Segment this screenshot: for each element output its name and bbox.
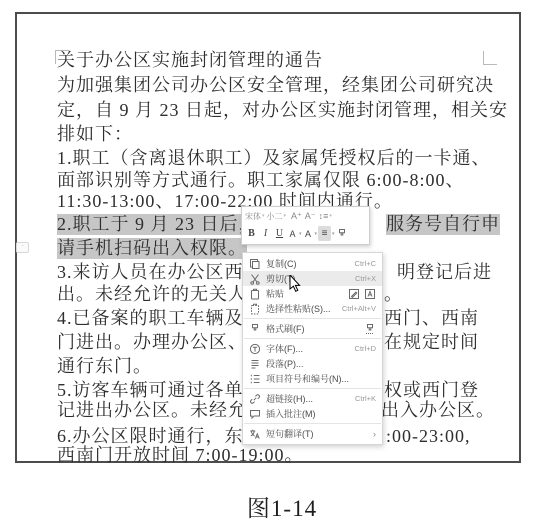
cut-icon bbox=[249, 273, 262, 285]
menu-item-label: 项目符号和编号(N)... bbox=[266, 372, 376, 385]
context-menu: 复制(C)Ctrl+C剪切(T)Ctrl+X粘贴选择性粘贴(S)...Ctrl+… bbox=[242, 252, 383, 445]
menu-item-font[interactable]: 字体(F)...Ctrl+D bbox=[243, 341, 382, 356]
doc-text[interactable]: 定，自 9 月 23 日起，对办公区实施封闭管理，相关安 bbox=[57, 100, 508, 121]
format-painter-icon bbox=[249, 323, 262, 335]
menu-item-shortcut: Ctrl+X bbox=[355, 274, 376, 283]
chevron-down-icon[interactable]: ▾ bbox=[329, 213, 332, 219]
doc-text[interactable]: 3.来访人员在办公区西 bbox=[57, 262, 244, 283]
grow-font-icon[interactable]: A⁺ bbox=[291, 209, 302, 223]
doc-line[interactable]: 关于办公区实施封闭管理的通告 bbox=[0, 50, 536, 71]
chevron-down-icon[interactable]: ▾ bbox=[284, 213, 287, 219]
menu-item-label: 选择性粘贴(S)... bbox=[266, 302, 338, 315]
shrink-font-icon[interactable]: A⁻ bbox=[305, 209, 316, 223]
font-color-button[interactable]: A bbox=[303, 226, 314, 241]
menu-item-label: 复制(C) bbox=[266, 257, 351, 270]
doc-text[interactable]: 西南门开放时间 7:00-19:00。 bbox=[57, 445, 304, 466]
menu-separator bbox=[244, 338, 381, 339]
line-spacing-icon[interactable]: ↕≡ bbox=[319, 209, 329, 223]
doc-text[interactable]: 出。未经允许的无关人 bbox=[57, 284, 247, 305]
doc-line[interactable]: 为加强集团公司办公区安全管理，经集团公司研究决 bbox=[0, 75, 536, 96]
menu-item-label: 字体(F)... bbox=[266, 342, 351, 355]
menu-item-phrase-translate[interactable]: 短句翻译(T)› bbox=[243, 426, 382, 441]
menu-item-cut[interactable]: 剪切(T)Ctrl+X bbox=[243, 271, 382, 286]
chevron-down-icon[interactable]: ▾ bbox=[299, 231, 302, 237]
menu-item-label: 剪切(T) bbox=[266, 272, 351, 285]
doc-text[interactable]: 面部识别等方式通行。职工家属仅限 6:00-8:00、 bbox=[57, 170, 465, 191]
alignment-button[interactable]: ≡ bbox=[318, 226, 331, 241]
font-name-field[interactable]: 宋体 bbox=[245, 211, 261, 222]
menu-item-label: 格式刷(F) bbox=[266, 322, 364, 335]
highlight-color-button[interactable]: A bbox=[287, 226, 298, 241]
format-painter-button[interactable] bbox=[336, 226, 349, 241]
doc-text[interactable]: 。 bbox=[384, 284, 403, 305]
chevron-down-icon[interactable]: ▾ bbox=[315, 231, 318, 237]
menu-item-insert-comment[interactable]: 插入批注(M) bbox=[243, 406, 382, 421]
menu-item-label: 粘贴 bbox=[266, 287, 348, 300]
doc-text[interactable]: 为加强集团公司办公区安全管理，经集团公司研究决 bbox=[57, 75, 494, 96]
doc-text[interactable]: 排如下： bbox=[57, 124, 133, 145]
doc-text[interactable]: :00-23:00, bbox=[386, 426, 471, 447]
doc-text[interactable]: 4.已备案的职工车辆及 bbox=[57, 308, 244, 329]
comment-icon bbox=[249, 408, 262, 420]
figure-screenshot: 关于办公区实施封闭管理的通告为加强集团公司办公区安全管理，经集团公司研究决定，自… bbox=[0, 0, 536, 526]
bold-button[interactable]: B bbox=[245, 226, 258, 241]
mouse-cursor-icon bbox=[289, 275, 301, 298]
chevron-down-icon[interactable]: ▾ bbox=[332, 231, 335, 237]
doc-line[interactable]: 定，自 9 月 23 日起，对办公区实施封闭管理，相关安 bbox=[0, 100, 536, 121]
menu-item-paste[interactable]: 粘贴 bbox=[243, 286, 382, 301]
paste-text-only-icon[interactable] bbox=[364, 288, 376, 300]
menu-item-format-painter[interactable]: 格式刷(F) bbox=[243, 321, 382, 336]
menu-item-label: 插入批注(M) bbox=[266, 407, 376, 420]
font-size-field[interactable]: 小二 bbox=[267, 211, 283, 222]
doc-text[interactable]: 请手机扫码出入权限。 bbox=[57, 238, 247, 259]
doc-text[interactable]: 出入办公区。 bbox=[381, 400, 495, 421]
doc-line[interactable]: 西南门开放时间 7:00-19:00。 bbox=[0, 445, 536, 466]
doc-line[interactable]: 排如下： bbox=[0, 124, 536, 145]
menu-item-label: 超链接(H)... bbox=[266, 392, 351, 405]
paste-icon bbox=[249, 288, 262, 300]
menu-item-paragraph[interactable]: 段落(P)... bbox=[243, 356, 382, 371]
font-icon bbox=[249, 343, 262, 355]
copy-icon bbox=[249, 258, 262, 270]
doc-text[interactable]: 门进出。办理办公区、 bbox=[57, 332, 247, 353]
chevron-down-icon[interactable]: ▾ bbox=[262, 213, 265, 219]
doc-text[interactable]: 6.办公区限时通行，东 bbox=[57, 426, 244, 447]
doc-text[interactable]: 关于办公区实施封闭管理的通告 bbox=[57, 50, 323, 71]
underline-button[interactable]: U bbox=[273, 226, 286, 241]
paragraph-icon bbox=[249, 358, 262, 370]
menu-item-label: 段落(P)... bbox=[266, 357, 376, 370]
doc-text[interactable]: 在规定时间 bbox=[384, 332, 479, 353]
menu-item-shortcut: Ctrl+D bbox=[355, 344, 376, 353]
doc-text[interactable]: 明登记后进 bbox=[397, 262, 492, 283]
hyperlink-icon bbox=[249, 393, 262, 405]
doc-text[interactable]: 1.职工（含离退休职工）及家属凭授权后的一卡通、 bbox=[57, 148, 491, 169]
menu-item-bullets-numbering[interactable]: 项目符号和编号(N)... bbox=[243, 371, 382, 386]
figure-caption: 图1-14 bbox=[14, 490, 536, 523]
doc-text[interactable]: 西门、西南 bbox=[384, 308, 479, 329]
menu-item-shortcut: Ctrl+K bbox=[355, 394, 376, 403]
doc-text[interactable]: 记进出办公区。未经允 bbox=[57, 400, 247, 421]
doc-text[interactable]: 通行东门。 bbox=[57, 356, 152, 377]
menu-separator bbox=[244, 318, 381, 319]
menu-item-label: 短句翻译(T) bbox=[266, 427, 369, 440]
doc-text[interactable]: 5.访客车辆可通过各单 bbox=[57, 380, 244, 401]
ui-artifact-fragment: - bbox=[16, 242, 29, 253]
doc-text[interactable]: 服务号自行申 bbox=[386, 214, 500, 235]
doc-line[interactable]: 1.职工（含离退休职工）及家属凭授权后的一卡通、 bbox=[0, 148, 536, 169]
font-color-icon: A bbox=[305, 230, 311, 238]
doc-text[interactable]: 2.职工于 9 月 23 日后， bbox=[57, 214, 258, 235]
mini-format-toolbar: 宋体 ▾ 小二 ▾ A⁺ A⁻ ↕≡ ▾ B I U A ▾ A ▾ ≡ ▾ bbox=[241, 206, 370, 245]
italic-button[interactable]: I bbox=[259, 226, 272, 241]
submenu-arrow-icon: › bbox=[373, 429, 376, 439]
menu-separator bbox=[244, 423, 381, 424]
translate-icon bbox=[249, 428, 262, 440]
menu-item-copy[interactable]: 复制(C)Ctrl+C bbox=[243, 256, 382, 271]
format-painter-apply-icon[interactable] bbox=[364, 323, 376, 335]
menu-item-shortcut: Ctrl+C bbox=[355, 259, 376, 268]
menu-item-hyperlink[interactable]: 超链接(H)...Ctrl+K bbox=[243, 391, 382, 406]
bullets-numbering-icon bbox=[249, 373, 262, 385]
doc-line[interactable]: 面部识别等方式通行。职工家属仅限 6:00-8:00、 bbox=[0, 170, 536, 191]
paste-special-icon bbox=[249, 303, 262, 315]
menu-item-shortcut: Ctrl+Alt+V bbox=[342, 304, 376, 313]
menu-item-paste-special[interactable]: 选择性粘贴(S)...Ctrl+Alt+V bbox=[243, 301, 382, 316]
menu-separator bbox=[244, 388, 381, 389]
doc-text[interactable]: 权或西门登 bbox=[384, 380, 479, 401]
paste-keep-format-icon[interactable] bbox=[348, 288, 360, 300]
highlight-icon: A bbox=[289, 230, 295, 238]
